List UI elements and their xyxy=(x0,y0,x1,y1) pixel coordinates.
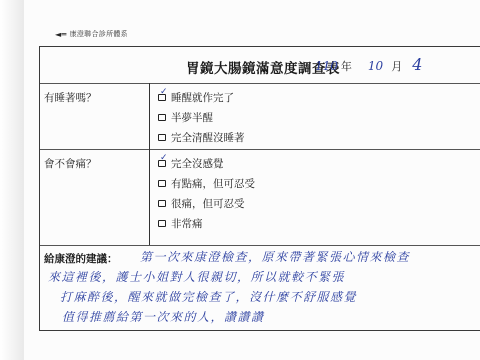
option-item[interactable]: 完全清醒沒睡著 xyxy=(158,129,245,146)
year-label: 年 xyxy=(341,58,352,74)
option-label: 半夢半醒 xyxy=(171,110,213,125)
checkbox-icon[interactable] xyxy=(158,134,166,141)
arrow-left-icon: ◄═ xyxy=(55,30,67,39)
option-label: 睡醒就作完了 xyxy=(171,90,234,105)
clinic-name: 康澄聯合診所體系 xyxy=(70,29,128,39)
month-value[interactable]: 10 xyxy=(368,59,383,73)
title-row: 胃鏡大腸鏡滿意度調查表 110 年 10 月 4 xyxy=(40,47,480,84)
option-list: 完全沒感覺 有點痛，但可忍受 很痛，但可忍受 非常痛 xyxy=(158,155,255,232)
letterhead: ◄═ 康澄聯合診所體系 xyxy=(55,29,128,39)
checkbox-icon[interactable] xyxy=(158,220,166,227)
option-item[interactable]: 有點痛，但可忍受 xyxy=(158,175,255,192)
year-value[interactable]: 110 xyxy=(315,59,338,73)
question-label: 會不會痛？ xyxy=(40,149,150,245)
option-label: 完全清醒沒睡著 xyxy=(171,130,245,145)
checkbox-checked-icon[interactable] xyxy=(158,94,166,101)
form-date: 110 年 10 月 4 xyxy=(315,55,422,74)
checkbox-icon[interactable] xyxy=(158,180,166,187)
checkbox-checked-icon[interactable] xyxy=(158,160,166,167)
option-label: 非常痛 xyxy=(171,216,203,231)
option-label: 完全沒感覺 xyxy=(171,156,224,171)
option-list: 睡醒就作完了 半夢半醒 完全清醒沒睡著 xyxy=(158,89,245,146)
handwritten-line[interactable]: 值得推薦給第一次來的人，讚讚讚 xyxy=(62,308,265,325)
handwritten-line[interactable]: 第一次來康澄檢查，原來帶著緊張心情來檢查 xyxy=(140,248,410,265)
checkbox-icon[interactable] xyxy=(158,114,166,121)
option-item[interactable]: 完全沒感覺 xyxy=(158,155,255,172)
option-item[interactable]: 非常痛 xyxy=(158,215,255,232)
suggestion-label: 給康澄的建議： xyxy=(44,251,118,266)
question-row-pain: 會不會痛？ 完全沒感覺 有點痛，但可忍受 很痛，但可忍受 非常痛 xyxy=(40,149,480,246)
handwritten-line[interactable]: 來這裡後，護士小姐對人很親切，所以就較不緊張 xyxy=(48,268,345,285)
day-value[interactable]: 4 xyxy=(412,55,422,74)
survey-table: 胃鏡大腸鏡滿意度調查表 110 年 10 月 4 有睡著嗎？ 睡醒就作完了 半夢… xyxy=(39,46,480,331)
option-item[interactable]: 很痛，但可忍受 xyxy=(158,195,255,212)
suggestion-row: 給康澄的建議： 第一次來康澄檢查，原來帶著緊張心情來檢查 來這裡後，護士小姐對人… xyxy=(40,245,480,330)
option-label: 很痛，但可忍受 xyxy=(171,196,245,211)
question-row-sleep: 有睡著嗎？ 睡醒就作完了 半夢半醒 完全清醒沒睡著 xyxy=(40,83,480,150)
question-label: 有睡著嗎？ xyxy=(40,83,150,149)
scan-edge xyxy=(0,0,24,360)
handwritten-line[interactable]: 打麻醉後，醒來就做完檢查了，沒什麼不舒服感覺 xyxy=(60,288,357,305)
option-item[interactable]: 睡醒就作完了 xyxy=(158,89,245,106)
checkbox-icon[interactable] xyxy=(158,200,166,207)
month-label: 月 xyxy=(391,58,402,74)
option-item[interactable]: 半夢半醒 xyxy=(158,109,245,126)
option-label: 有點痛，但可忍受 xyxy=(171,176,255,191)
